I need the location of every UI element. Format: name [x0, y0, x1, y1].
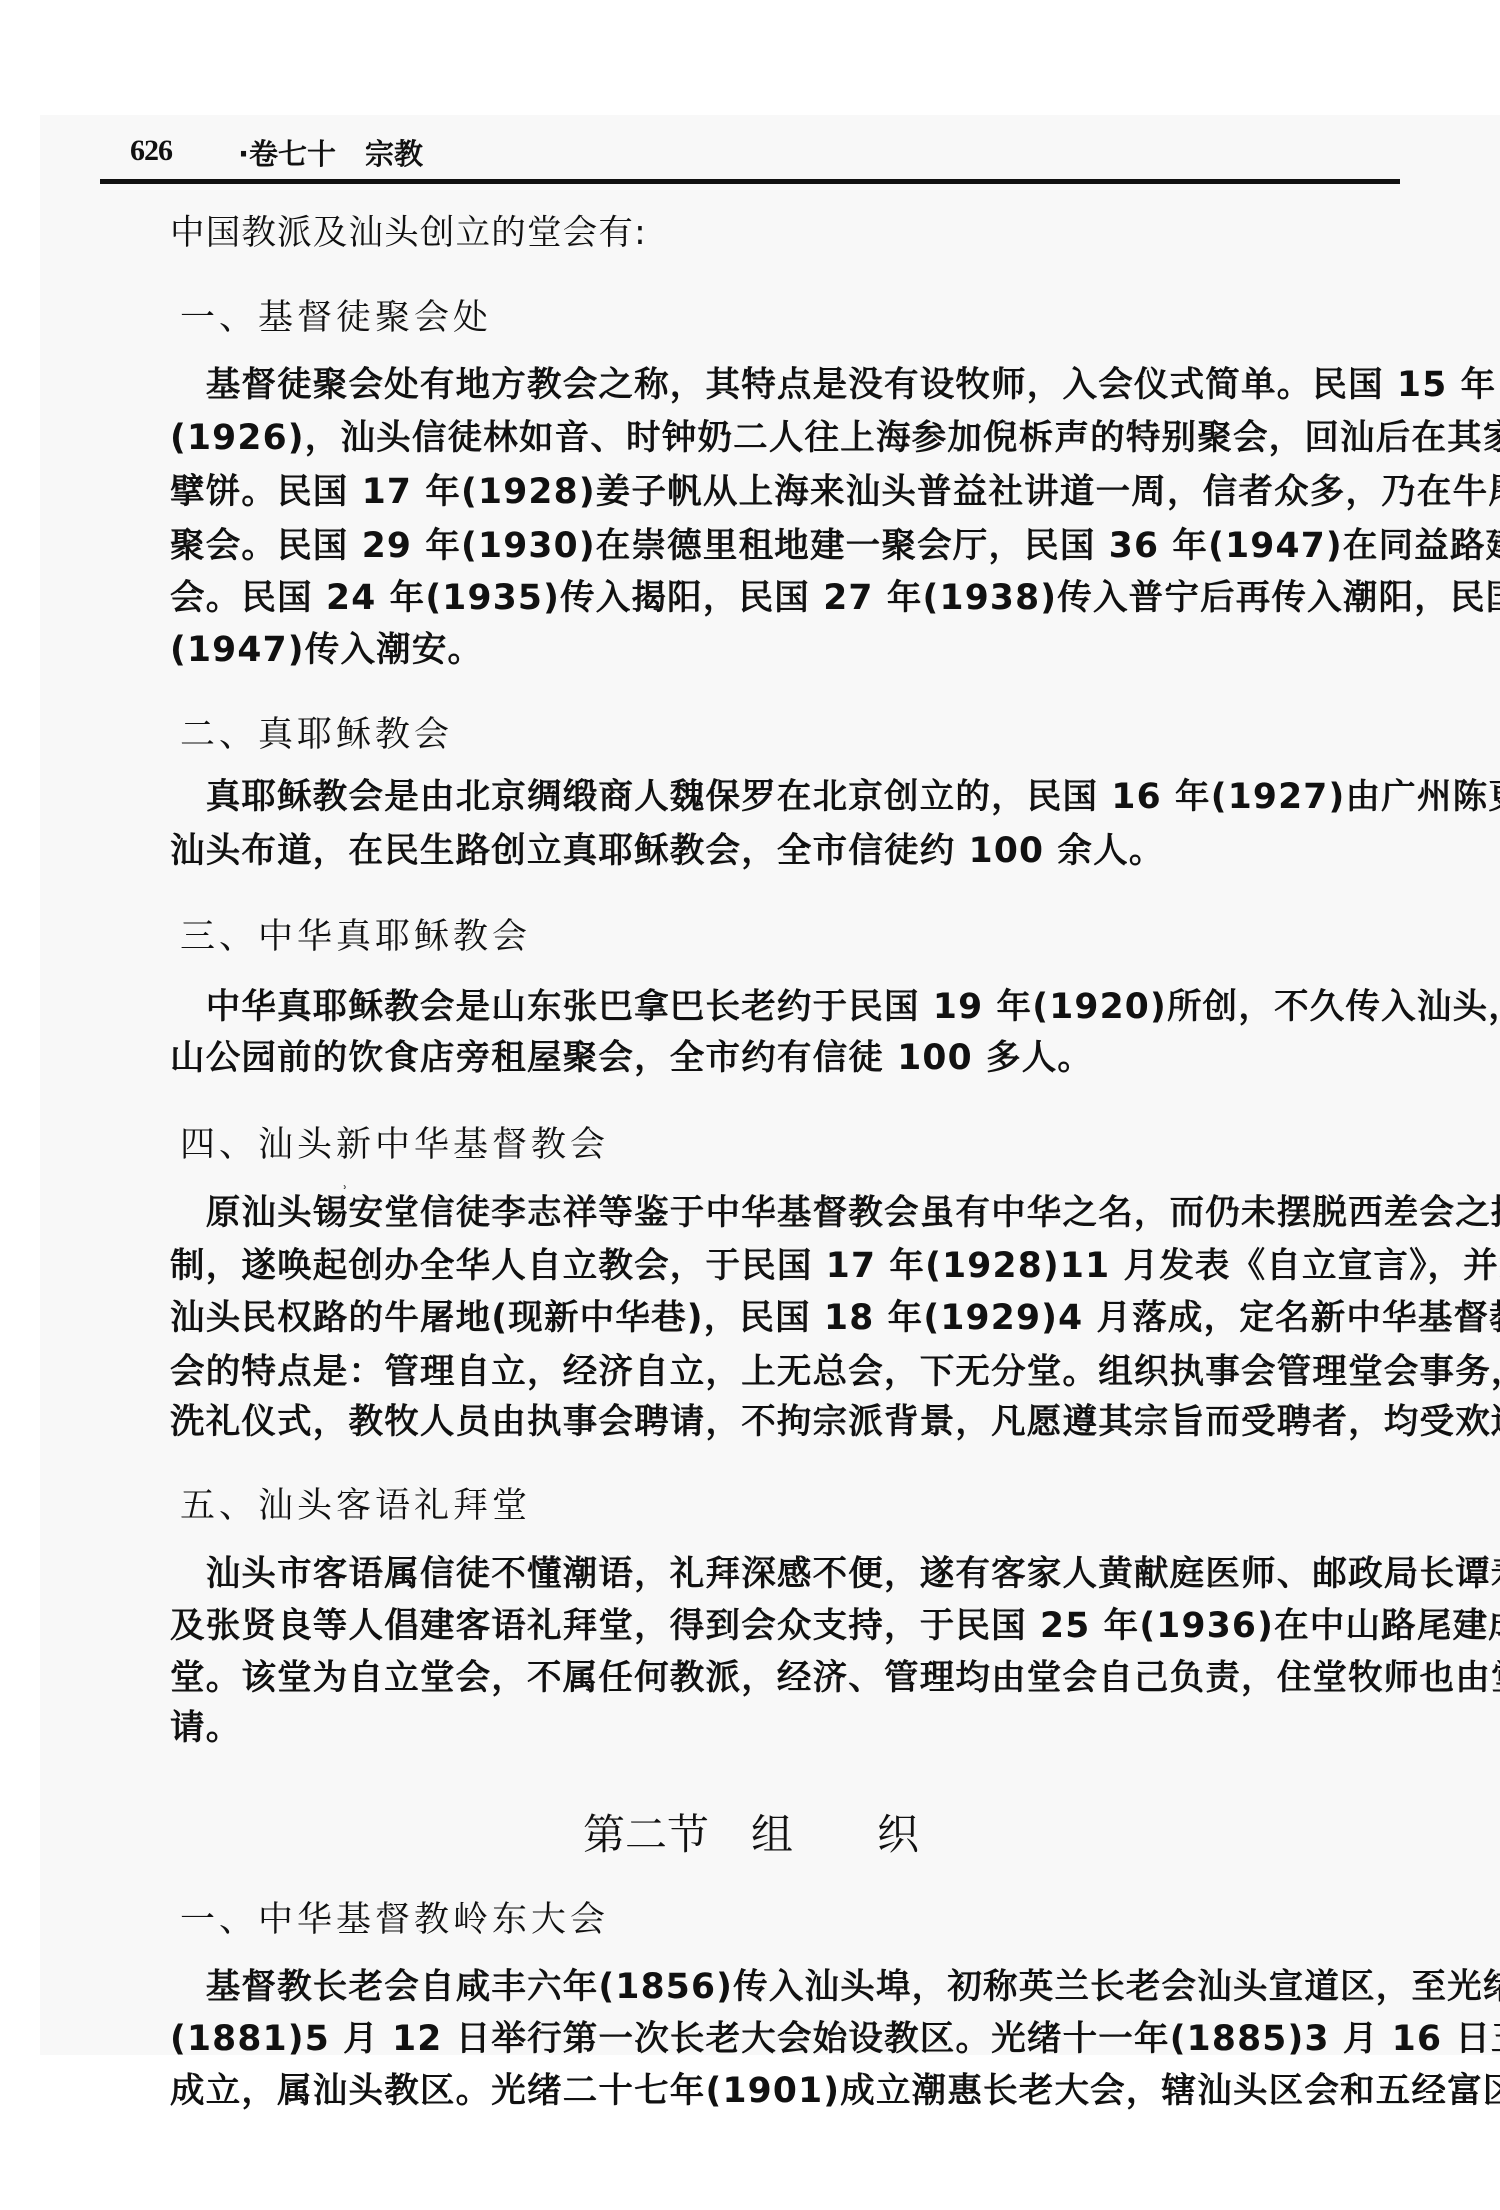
para-line: 成立，属汕头教区。光绪二十七年(1901)成立潮惠长老大会，辖汕头区会和五经富区…	[170, 2071, 1410, 2111]
para-line: (1881)5 月 12 日举行第一次长老大会始设教区。光绪十一年(1885)3…	[170, 2019, 1410, 2059]
running-header: ·卷七十 宗教	[238, 132, 423, 173]
para-line: 及张贤良等人倡建客语礼拜堂，得到会众支持，于民国 25 年(1936)在中山路尾…	[170, 1606, 1410, 1646]
para-line: 堂。该堂为自立堂会，不属任何教派，经济、管理均由堂会自己负责，住堂牧师也由堂会聘	[170, 1658, 1410, 1698]
para-line: 真耶稣教会是由北京绸缎商人魏保罗在北京创立的，民国 16 年(1927)由广州陈…	[170, 777, 1410, 817]
para-line: 会。民国 24 年(1935)传入揭阳，民国 27 年(1938)传入普宁后再传…	[170, 578, 1410, 618]
para-line: 基督教长老会自咸丰六年(1856)传入汕头埠，初称英兰长老会汕头宣道区，至光绪七…	[170, 1967, 1410, 2007]
para-line: 山公园前的饮食店旁租屋聚会，全市约有信徒 100 多人。	[170, 1038, 1410, 1078]
section-heading: 一、中华基督教岭东大会	[180, 1892, 609, 1942]
para-line: 汕头民权路的牛屠地(现新中华巷)，民国 18 年(1929)4 月落成，定名新中…	[170, 1298, 1410, 1338]
section-heading: 五、汕头客语礼拜堂	[180, 1478, 531, 1528]
intro-text: 中国教派及汕头创立的堂会有:	[170, 213, 1410, 253]
section-heading: 二、真耶稣教会	[180, 707, 453, 757]
section-heading: 三、中华真耶稣教会	[180, 909, 531, 959]
para-line: 擘饼。民国 17 年(1928)姜子帆从上海来汕头普益社讲道一周，信者众多，乃在…	[170, 472, 1410, 512]
chapter-section-title: 第二节 组 织	[583, 1802, 919, 1862]
para-line: 请。	[170, 1708, 1410, 1748]
section-heading: 一、基督徒聚会处	[180, 290, 492, 340]
section-heading: 四、汕头新中华基督教会	[180, 1117, 609, 1167]
para-line: (1947)传入潮安。	[170, 630, 1410, 670]
para-line: 中华真耶稣教会是山东张巴拿巴长老约于民国 19 年(1920)所创，不久传入汕头…	[170, 987, 1410, 1027]
para-line: 洗礼仪式，教牧人员由执事会聘请，不拘宗派背景，凡愿遵其宗旨而受聘者，均受欢迎。	[170, 1402, 1410, 1442]
para-line: 汕头市客语属信徒不懂潮语，礼拜深感不便，遂有客家人黄献庭医师、邮政局长谭寿荣	[170, 1554, 1410, 1594]
para-line: 汕头布道，在民生路创立真耶稣教会，全市信徒约 100 余人。	[170, 831, 1410, 871]
para-line: 聚会。民国 29 年(1930)在崇德里租地建一聚会厅，民国 36 年(1947…	[170, 526, 1410, 566]
header-rule	[100, 179, 1400, 184]
para-line: 制，遂唤起创办全华人自立教会，于民国 17 年(1928)11 月发表《自立宣言…	[170, 1246, 1410, 1286]
para-line: 原汕头锡安堂信徒李志祥等鉴于中华基督教会虽有中华之名，而仍未摆脱西差会之控	[170, 1193, 1410, 1233]
para-line: 基督徒聚会处有地方教会之称，其特点是没有设牧师，入会仪式简单。民国 15 年	[170, 365, 1410, 405]
page-number: 626	[130, 134, 172, 168]
para-line: 会的特点是：管理自立，经济自立，上无总会，下无分堂。组织执事会管理堂会事务，入会…	[170, 1352, 1410, 1392]
para-line: (1926)，汕头信徒林如音、时钟奶二人往上海参加倪柝声的特别聚会，回汕后在其家…	[170, 418, 1410, 458]
